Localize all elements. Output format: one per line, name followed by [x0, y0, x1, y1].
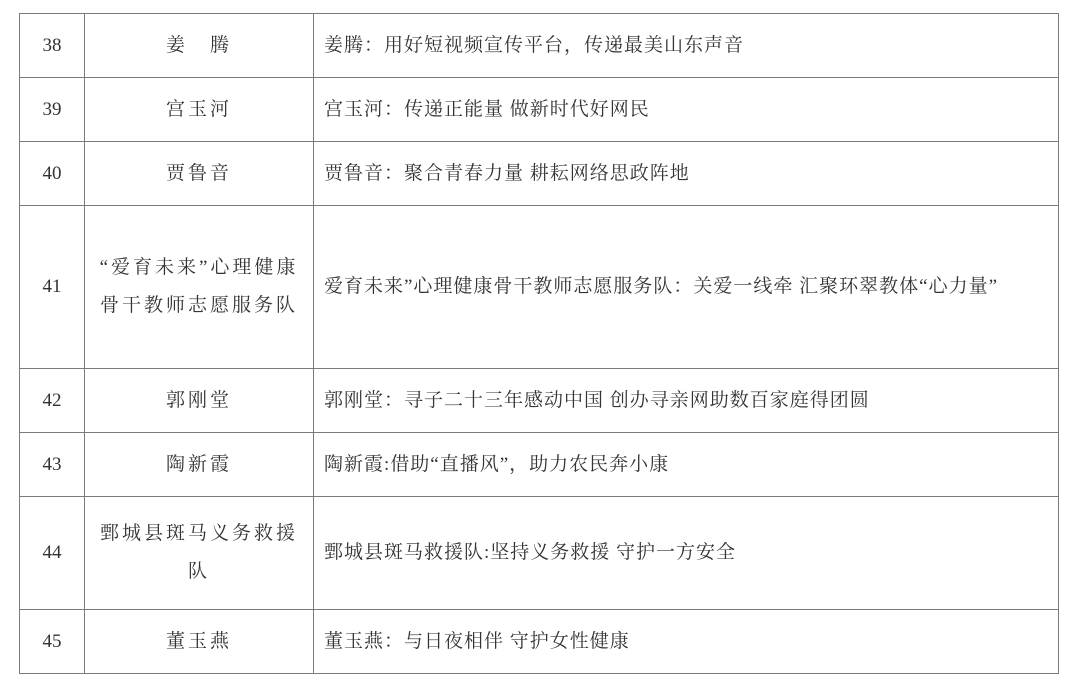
story-title: 董玉燕：与日夜相伴 守护女性健康 — [314, 610, 1059, 674]
honoree-name: 郭刚堂 — [85, 369, 314, 433]
honoree-name: 贾鲁音 — [85, 142, 314, 206]
story-title-text: 宫玉河：传递正能量 做新时代好网民 — [324, 85, 1048, 135]
table-row: 44 鄄城县斑马义务救援队 鄄城县斑马救援队:坚持义务救援 守护一方安全 — [20, 497, 1059, 610]
row-number: 41 — [20, 206, 85, 369]
story-title-text: 鄄城县斑马救援队:坚持义务救援 守护一方安全 — [324, 528, 1048, 578]
row-number: 43 — [20, 433, 85, 497]
story-title-text: 郭刚堂：寻子二十三年感动中国 创办寻亲网助数百家庭得团圆 — [324, 376, 1048, 426]
honoree-name: 宫玉河 — [85, 78, 314, 142]
row-number: 44 — [20, 497, 85, 610]
story-title: 贾鲁音：聚合青春力量 耕耘网络思政阵地 — [314, 142, 1059, 206]
table-row: 38 姜 腾 姜腾：用好短视频宣传平台，传递最美山东声音 — [20, 14, 1059, 78]
table-row: 42 郭刚堂 郭刚堂：寻子二十三年感动中国 创办寻亲网助数百家庭得团圆 — [20, 369, 1059, 433]
table-row: 40 贾鲁音 贾鲁音：聚合青春力量 耕耘网络思政阵地 — [20, 142, 1059, 206]
story-title: 鄄城县斑马救援队:坚持义务救援 守护一方安全 — [314, 497, 1059, 610]
row-number: 38 — [20, 14, 85, 78]
story-title: 爱育未来”心理健康骨干教师志愿服务队：关爱一线牵 汇聚环翠教体“心力量” — [314, 206, 1059, 369]
table-row: 39 宫玉河 宫玉河：传递正能量 做新时代好网民 — [20, 78, 1059, 142]
row-number: 39 — [20, 78, 85, 142]
table-row: 45 董玉燕 董玉燕：与日夜相伴 守护女性健康 — [20, 610, 1059, 674]
honoree-name: 董玉燕 — [85, 610, 314, 674]
story-title: 宫玉河：传递正能量 做新时代好网民 — [314, 78, 1059, 142]
honoree-name: 鄄城县斑马义务救援队 — [85, 497, 314, 610]
table-row: 43 陶新霞 陶新霞:借助“直播风”，助力农民奔小康 — [20, 433, 1059, 497]
honor-list-table: 38 姜 腾 姜腾：用好短视频宣传平台，传递最美山东声音 39 宫玉河 宫玉河：… — [19, 13, 1059, 674]
honoree-name: 陶新霞 — [85, 433, 314, 497]
story-title: 郭刚堂：寻子二十三年感动中国 创办寻亲网助数百家庭得团圆 — [314, 369, 1059, 433]
story-title-text: 陶新霞:借助“直播风”，助力农民奔小康 — [324, 440, 1048, 490]
honoree-name: 姜 腾 — [85, 14, 314, 78]
story-title: 姜腾：用好短视频宣传平台，传递最美山东声音 — [314, 14, 1059, 78]
row-number: 40 — [20, 142, 85, 206]
row-number: 42 — [20, 369, 85, 433]
row-number: 45 — [20, 610, 85, 674]
story-title-text: 董玉燕：与日夜相伴 守护女性健康 — [324, 617, 1048, 667]
story-title: 陶新霞:借助“直播风”，助力农民奔小康 — [314, 433, 1059, 497]
table-row: 41 “爱育未来”心理健康骨干教师志愿服务队 爱育未来”心理健康骨干教师志愿服务… — [20, 206, 1059, 369]
story-title-text: 爱育未来”心理健康骨干教师志愿服务队：关爱一线牵 汇聚环翠教体“心力量” — [324, 262, 1048, 312]
honoree-name: “爱育未来”心理健康骨干教师志愿服务队 — [85, 206, 314, 369]
story-title-text: 姜腾：用好短视频宣传平台，传递最美山东声音 — [324, 21, 1048, 71]
story-title-text: 贾鲁音：聚合青春力量 耕耘网络思政阵地 — [324, 149, 1048, 199]
